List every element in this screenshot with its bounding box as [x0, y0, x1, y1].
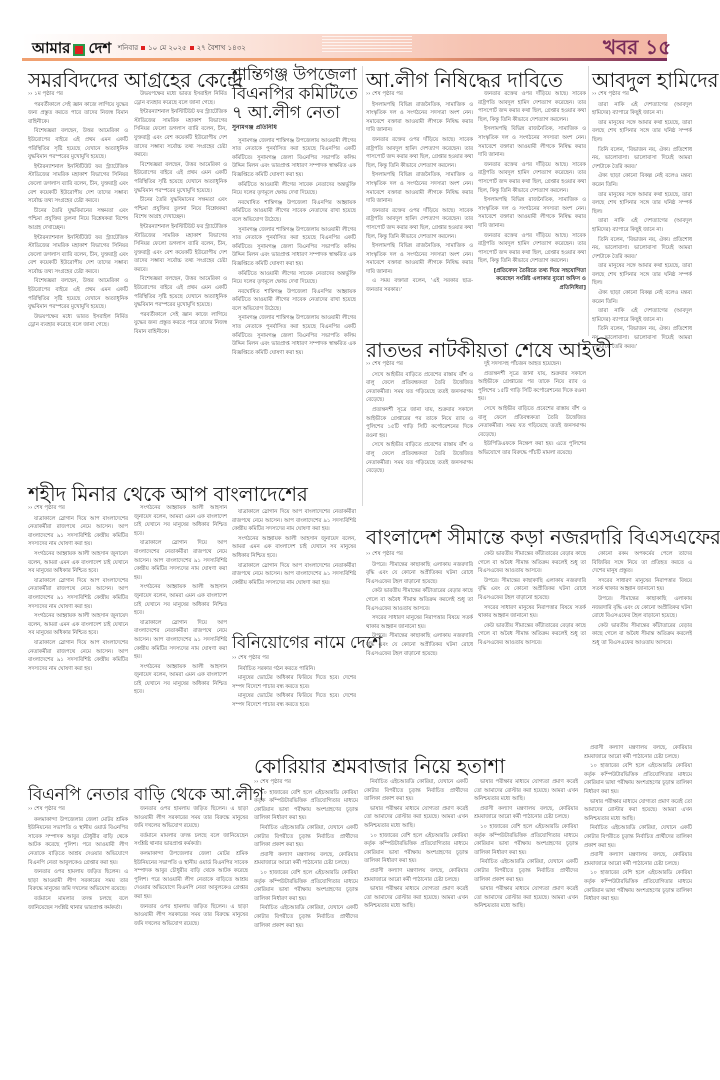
paragraph: নির্বাচিত এইচআরডি কোরিয়া, যেখানে একটি ক… — [254, 824, 358, 850]
paragraph: দুই সদস্যসহ পাঁচজন আহত হয়েছেন। — [478, 360, 586, 369]
headline-shantiganj: শান্তিগঞ্জ উপজেলা বিএনপির কমিটিতে ৭ আ.লী… — [232, 66, 357, 123]
column-divider — [362, 66, 363, 506]
paragraph: তারা নাকি এই দেশত্যাগের (আবদুল হামিদের) … — [592, 101, 692, 118]
paragraph: জনতার রক্তের ওপর দাঁড়িয়ে আছে। সাবেক রা… — [366, 136, 473, 170]
headline-line: বিএনপির কমিটিতে — [232, 85, 357, 104]
paragraph: সুনামগঞ্জ জেলার শান্তিগঞ্জ উপজেলায় আওয়… — [232, 226, 356, 269]
paragraph: নির্বাচিত এইচআরডি কোরিয়া, যেখানে একটি ক… — [474, 858, 578, 884]
jump-line: ›› শেষ পৃষ্ঠার পর — [366, 90, 473, 99]
paper-logo: আমার দেশ — [32, 37, 111, 62]
paragraph: মানুষের ভোটের অধিকার ফিরিয়ে দিতে হবে। দ… — [232, 674, 356, 691]
paragraph: প্রবাসী কল্যাণ মন্ত্রণালয় বলছে, কোরিয়া… — [584, 851, 692, 868]
paragraph: তার মানুষের সঙ্গে আমার কথা হয়েছে, তারা … — [592, 119, 692, 145]
paragraph: ইন্টারন্যাশনাল ইনস্টিটিউট ফর স্ট্র্যাটেজ… — [28, 163, 128, 206]
paragraph: কলমাকান্দা উপজেলার জেলা মোটর শ্রমিক ইউনি… — [28, 816, 128, 868]
paragraph: সদরের সাধারণ মানুষের নিরাপত্তার বিষয়ে স… — [592, 577, 692, 594]
article-bnp-house-col2: জনতার ওপর হামলায় জড়িত ছিলেন। এ ছাড়া আ… — [134, 805, 248, 1040]
paragraph: ভাষার পরীক্ষার মাধ্যমে যোগ্যতা প্রমাণ কর… — [474, 885, 578, 911]
paragraph: ভাষার পরীক্ষার মাধ্যমে যোগ্যতা প্রমাণ কর… — [364, 885, 468, 911]
paragraph: সেখে আইভীর বাড়িতে প্রবেশের রাস্তায় বাঁ… — [366, 371, 473, 405]
paragraph: যাত্রাকালে স্লোগান দিয়ে আপ বাংলাদেশের ন… — [28, 577, 128, 611]
paragraph: সংগঠনের আহ্বায়ক আলী আহসান জুনায়েদ বলেন… — [28, 550, 128, 576]
paragraph: কোনো রকম অপকর্মের পেলে তাদের বিজিবির সঙ্… — [592, 550, 692, 576]
article-alig-ban-col2: জনতার রক্তের ওপর দাঁড়িয়ে আছে। সাবেক রা… — [478, 90, 586, 330]
dateline: শনিবার ১০ মে ২০২৫ ২৭ বৈশাখ ১৪৩২ — [118, 42, 246, 54]
paragraph: তারা নাকি এই দেশত্যাগের (আবদুল হামিদের) … — [592, 217, 692, 234]
paragraph: সেখে আইভীর বাড়িতে প্রবেশের রাস্তায় বাঁ… — [478, 405, 586, 439]
paragraph: সদরের সাধারণ মানুষের নিরাপত্তার বিষয়ে স… — [366, 614, 473, 631]
paragraph: প্রবাসী কল্যাণ মন্ত্রণালয় বলছে, কোরিয়া… — [474, 805, 578, 822]
article-bsf-col2: কেউ ভারতীয় সীমান্তের কাঁটাতারের বেড়ার … — [478, 550, 586, 740]
dateline-date: ১০ মে ২০২৫ — [148, 42, 186, 54]
article-samarbid-col1: ›› ১ম পৃষ্ঠার পর পরবর্তীকালে সেই জ্ঞান ক… — [28, 90, 128, 450]
paragraph: সংগঠনের আহ্বায়ক আলী আহসান জুনায়েদ বলেন… — [232, 535, 356, 561]
paragraph: পরবর্তীকালে সেই জ্ঞান কাজে লাগিয়ে যুদ্ধ… — [134, 311, 227, 337]
jump-line: ›› শেষ পৃষ্ঠার পর — [366, 360, 473, 369]
paper-name-left: আমার — [32, 37, 70, 62]
paragraph: জনতার ওপর হামলায় জড়িত ছিলেন। এ ছাড়া আ… — [28, 868, 128, 894]
article-binioger: ›› শেষ পৃষ্ঠার পর নির্বাচিত সরকার গঠন কর… — [232, 654, 356, 739]
paragraph: উপরে। সীমান্তের কাছাকাছি এলাকায় নজরদারি… — [592, 595, 692, 621]
paragraph: উভয়পক্ষের মধ্যে ভারত ইসরাইল নির্মিত ড্র… — [134, 90, 227, 107]
article-korea-col1: ›› শেষ পৃষ্ঠার পর ১০ হাজারের বেশি হলে এই… — [254, 778, 358, 1040]
paragraph: বিশেষজ্ঞরা বলছেন, উত্তর আমেরিকা ও ইউরোপে… — [134, 275, 227, 309]
paragraph: জনতার রক্তের ওপর দাঁড়িয়ে আছে। সাবেক রা… — [478, 90, 586, 124]
paragraph: ঐক্য ছাড়া কোনো বিকল্প নেই বলেও মন্তব্য … — [592, 172, 692, 189]
paragraph: যাত্রাকালে স্লোগান দিয়ে আপ বাংলাদেশের ন… — [28, 639, 128, 673]
paragraph: যাত্রাকালে স্লোগান দিয়ে আপ বাংলাদেশের ন… — [232, 508, 356, 534]
paragraph: ১০ হাজারের বেশি হলে এইচআরডি কোরিয়া কর্ত… — [254, 869, 358, 903]
byline: সুনামগঞ্জ প্রতিনিধি — [232, 124, 356, 133]
column-divider — [588, 66, 589, 336]
paragraph: জনতার রক্তের ওপর দাঁড়িয়ে আছে। সাবেক রা… — [478, 232, 586, 266]
paragraph: সংগঠনের আহ্বায়ক আলী আহসান জুনায়েদ বলেন… — [28, 612, 128, 638]
article-shantiganj: সুনামগঞ্জ প্রতিনিধি সুনামগঞ্জ জেলার শান্… — [232, 124, 356, 504]
paragraph: কেউ ভারতীয় সীমান্তের কাঁটাতারের বেড়ার … — [478, 622, 586, 648]
paragraph: সুনামগঞ্জ জেলার শান্তিগঞ্জ উপজেলায় আওয়… — [232, 314, 356, 357]
paragraph: তিনি বলেন, ‘বিভাজন নয়, ঐক্য। প্রতিশোধ ন… — [592, 146, 692, 172]
article-korea-col3: ভাষার পরীক্ষার মাধ্যমে যোগ্যতা প্রমাণ কর… — [474, 778, 578, 1040]
separator-square-icon — [190, 46, 194, 50]
paragraph: ইসলামপন্থি বিভিন্ন রাজনৈতিক, সামাজিক ও স… — [478, 125, 586, 159]
paragraph: বর্তমানে মামলার তদন্ত চলছে বলে জানিয়েছে… — [28, 895, 128, 912]
paragraph: নির্বাচিত এইচআরডি কোরিয়া, যেখানে একটি ক… — [584, 824, 692, 850]
paragraph: ১০ হাজারের বেশি হলে এইচআরডি কোরিয়া কর্ত… — [474, 823, 578, 857]
article-korea-col4: প্রবাসী কল্যাণ মন্ত্রণালয় বলছে, কোরিয়া… — [584, 744, 692, 1040]
paragraph: উপরে। সীমান্তের কাছাকাছি এলাকায় নজরদারি… — [366, 632, 473, 658]
paragraph: ১০ হাজারের বেশি হলে এইচআরডি কোরিয়া কর্ত… — [254, 789, 358, 823]
paragraph: জনতার রক্তের ওপর দাঁড়িয়ে আছে। সাবেক রা… — [478, 161, 586, 195]
paragraph: যাত্রাকালে স্লোগান দিয়ে আপ বাংলাদেশের ন… — [232, 562, 356, 588]
dateline-day: শনিবার — [118, 42, 138, 54]
paragraph: কমিটিতে আওয়ামী লীগের সাবেক নেতাদের অন্ত… — [232, 181, 356, 198]
paragraph: ইসলামপন্থি বিভিন্ন রাজনৈতিক, সামাজিক ও স… — [366, 171, 473, 205]
headline-line: ৭ আ.লীগ নেতা — [232, 104, 357, 123]
jump-line: ›› শেষ পৃষ্ঠার পর — [366, 550, 473, 559]
paragraph: জনতার ওপর হামলায় জড়িত ছিলেন। এ ছাড়া আ… — [134, 903, 248, 929]
section-label: খবর ১৫ — [603, 33, 671, 66]
jump-line: ›› ১ম পৃষ্ঠার পর — [28, 90, 128, 99]
paragraph: ইউপিডিএফকে নিক্ষেপ করা হয়। এতে পুলিশের … — [478, 440, 586, 457]
paragraph: ইসলামপন্থি বিভিন্ন রাজনৈতিক, সামাজিক ও স… — [366, 101, 473, 135]
paragraph: নবঘোষিত শান্তিগঞ্জ উপজেলা বিএনপির আহ্বায… — [232, 288, 356, 314]
paragraph: বিশেষজ্ঞরা বলছেন, উত্তর আমেরিকা ও ইউরোপে… — [28, 277, 128, 311]
paragraph: জনতার রক্তের ওপর দাঁড়িয়ে আছে। সাবেক রা… — [366, 207, 473, 241]
paragraph: সদরের সাধারণ মানুষের নিরাপত্তার বিষয়ে স… — [478, 604, 586, 621]
paper-name-right: দেশ — [88, 37, 111, 62]
paragraph: ঐক্য ছাড়া কোনো বিকল্প নেই বলেও মন্তব্য … — [592, 289, 692, 306]
paragraph: উপরে। সীমান্তের কাছাকাছি এলাকায় নজরদারি… — [478, 577, 586, 603]
article-credit: [প্রতিবেদন তৈরিতে তথ্য দিয়ে সহযোগিতা কর… — [478, 267, 586, 293]
article-korea-col2: নির্বাচিত এইচআরডি কোরিয়া, যেখানে একটি ক… — [364, 778, 468, 1040]
article-shahid-minar-col3: যাত্রাকালে স্লোগান দিয়ে আপ বাংলাদেশের ন… — [232, 508, 356, 626]
jump-line: ›› শেষ পৃষ্ঠার পর — [28, 805, 128, 814]
paragraph: সংগঠনের আহ্বায়ক আলী আহসান জুনায়েদ বলেন… — [134, 583, 227, 617]
jump-line: ›› শেষ পৃষ্ঠার পর — [28, 504, 128, 513]
masthead-rule — [22, 58, 667, 61]
jump-line: ›› শেষ পৃষ্ঠার পর — [592, 90, 692, 99]
paragraph: উপরে। সীমান্তের কাছাকাছি এলাকায় নজরদারি… — [366, 561, 473, 587]
article-abdul-hamid: ›› শেষ পৃষ্ঠার পর তারা নাকি এই দেশত্যাগে… — [592, 90, 692, 540]
article-ivy-col1: ›› শেষ পৃষ্ঠার পর সেখে আইভীর বাড়িতে প্র… — [366, 360, 473, 510]
paragraph: কেউ ভারতীয় সীমান্তের কাঁটাতারের বেড়ার … — [592, 622, 692, 648]
paragraph: ১০ হাজারের বেশি হলে এইচআরডি কোরিয়া কর্ত… — [584, 762, 692, 796]
paragraph: বিশেষজ্ঞরা বলছেন, উত্তর আমেরিকা ও ইউরোপে… — [134, 161, 227, 195]
paragraph: চীনের তৈরি যুদ্ধবিমানের সক্ষমতা এবং পশ্চ… — [28, 207, 128, 233]
paragraph: কলমাকান্দা উপজেলার জেলা মোটর শ্রমিক ইউনি… — [134, 850, 248, 902]
paragraph: ইসলামপন্থি বিভিন্ন রাজনৈতিক, সামাজিক ও স… — [366, 242, 473, 276]
jump-line: ›› শেষ পৃষ্ঠার পর — [232, 654, 356, 663]
paragraph: ভাষার পরীক্ষার মাধ্যমে যোগ্যতা প্রমাণ কর… — [364, 805, 468, 831]
paragraph: যাত্রাকালে স্লোগান দিয়ে আপ বাংলাদেশের ন… — [28, 515, 128, 549]
paragraph: ১০ হাজারের বেশি হলে এইচআরডি কোরিয়া কর্ত… — [364, 832, 468, 866]
paragraph: ইন্টারন্যাশনাল ইনস্টিটিউট ফর স্ট্র্যাটেজ… — [134, 223, 227, 275]
paragraph: তার মানুষের সঙ্গে আমার কথা হয়েছে, তারা … — [592, 191, 692, 217]
paragraph: সুনামগঞ্জ জেলার শান্তিগঞ্জ উপজেলায় আওয়… — [232, 137, 356, 180]
separator-square-icon — [141, 46, 145, 50]
paragraph: কেউ ভারতীয় সীমান্তের কাঁটাতারের বেড়ার … — [366, 587, 473, 613]
paragraph: সংগঠনের আহ্বায়ক আলী আহসান জুনায়েদ বলেন… — [134, 504, 227, 538]
paragraph: প্রত্যক্ষদর্শী সূত্রে জানা যায়, শুক্রবা… — [366, 406, 473, 440]
paragraph: নির্বাচিত এইচআরডি কোরিয়া, যেখানে একটি ক… — [254, 904, 358, 930]
paragraph: ইন্টারন্যাশনাল ইনস্টিটিউট ফর স্ট্র্যাটেজ… — [28, 234, 128, 277]
article-bsf-col1: ›› শেষ পৃষ্ঠার পর উপরে। সীমান্তের কাছাকা… — [366, 550, 473, 740]
logo-flag-icon — [73, 44, 85, 56]
article-ivy-col2: দুই সদস্যসহ পাঁচজন আহত হয়েছেন। প্রত্যক্… — [478, 360, 586, 510]
paragraph: প্রত্যক্ষদর্শী সূত্রে জানা যায়, শুক্রবা… — [478, 370, 586, 404]
paragraph: সেখে আইভীর বাড়িতে প্রবেশের রাস্তায় বাঁ… — [366, 441, 473, 475]
article-bnp-house-col1: ›› শেষ পৃষ্ঠার পর কলমাকান্দা উপজেলার জেল… — [28, 805, 128, 1040]
paragraph: কমিটিতে আওয়ামী লীগের সাবেক নেতাদের অন্ত… — [232, 270, 356, 287]
paragraph: বিশেষজ্ঞরা বলছেন, উত্তর আমেরিকা ও ইউরোপে… — [28, 127, 128, 161]
paragraph: নির্বাচিত এইচআরডি কোরিয়া, যেখানে একটি ক… — [364, 778, 468, 804]
page-number: ১৫ — [645, 35, 671, 59]
paragraph: ভাষার পরীক্ষার মাধ্যমে যোগ্যতা প্রমাণ কর… — [584, 798, 692, 824]
dateline-bangla-date: ২৭ বৈশাখ ১৪৩২ — [197, 42, 246, 54]
paragraph: ইন্টারন্যাশনাল ইনস্টিটিউট ফর স্ট্র্যাটেজ… — [134, 108, 227, 160]
paragraph: তিনি বলেন, ‘বিভাজন নয়, ঐক্য। প্রতিশোধ ন… — [592, 236, 692, 262]
paragraph: তার মানুষের সঙ্গে আমার কথা হয়েছে, তারা … — [592, 262, 692, 288]
paragraph: পরবর্তীকালে সেই জ্ঞান কাজে লাগিয়ে যুদ্ধ… — [28, 101, 128, 127]
paragraph: মানুষের ভোটের অধিকার ফিরিয়ে দিতে হবে। দ… — [232, 692, 356, 709]
paragraph: এ সময় বক্তারা বলেন, ‘এই সরকার ছাত্র-জনত… — [366, 277, 473, 294]
paragraph: বর্তমানে মামলার তদন্ত চলছে বলে জানিয়েছে… — [134, 832, 248, 849]
jump-line: ›› শেষ পৃষ্ঠার পর — [254, 778, 358, 787]
paragraph: যাত্রাকালে স্লোগান দিয়ে আপ বাংলাদেশের ন… — [134, 619, 227, 662]
article-alig-ban-col1: ›› শেষ পৃষ্ঠার পর ইসলামপন্থি বিভিন্ন রাজ… — [366, 90, 473, 330]
paragraph: যাত্রাকালে স্লোগান দিয়ে আপ বাংলাদেশের ন… — [134, 539, 227, 582]
article-shahid-minar-col1: ›› শেষ পৃষ্ঠার পর যাত্রাকালে স্লোগান দিয… — [28, 504, 128, 774]
paragraph: উভয়পক্ষের মধ্যে ভারত ইসরাইল নির্মিত ড্র… — [28, 313, 128, 330]
paragraph: সংগঠনের আহ্বায়ক আলী আহসান জুনায়েদ বলেন… — [134, 663, 227, 697]
paragraph: নির্বাচিত সরকার গঠন করতে পারিনি। — [232, 665, 356, 674]
paragraph: ইসলামপন্থি বিভিন্ন রাজনৈতিক, সামাজিক ও স… — [478, 196, 586, 230]
headline-line: শান্তিগঞ্জ উপজেলা — [232, 66, 357, 85]
paragraph: কেউ ভারতীয় সীমান্তের কাঁটাতারের বেড়ার … — [478, 550, 586, 576]
paragraph: নবঘোষিত শান্তিগঞ্জ উপজেলা বিএনপির আহ্বায… — [232, 199, 356, 225]
paragraph: প্রবাসী কল্যাণ মন্ত্রণালয় বলছে, কোরিয়া… — [254, 851, 358, 868]
article-bsf-col3: কোনো রকম অপকর্মের পেলে তাদের বিজিবির সঙ্… — [592, 550, 692, 740]
section-name: খবর — [603, 35, 638, 59]
paragraph: ১০ হাজারের বেশি হলে এইচআরডি কোরিয়া কর্ত… — [584, 869, 692, 903]
paragraph: চীনের তৈরি যুদ্ধবিমানের সক্ষমতা এবং পশ্চ… — [134, 196, 227, 222]
paragraph: তারা নাকি এই দেশত্যাগের (আবদুল হামিদের) … — [592, 307, 692, 324]
article-samarbid-col2: উভয়পক্ষের মধ্যে ভারত ইসরাইল নির্মিত ড্র… — [134, 90, 227, 450]
paragraph: জনতার ওপর হামলায় জড়িত ছিলেন। এ ছাড়া আ… — [134, 805, 248, 831]
paragraph: প্রবাসী কল্যাণ মন্ত্রণালয় বলছে, কোরিয়া… — [364, 867, 468, 884]
paragraph: ভাষার পরীক্ষার মাধ্যমে যোগ্যতা প্রমাণ কর… — [474, 778, 578, 804]
masthead-stripes — [322, 36, 412, 54]
article-shahid-minar-col2: সংগঠনের আহ্বায়ক আলী আহসান জুনায়েদ বলেন… — [134, 504, 227, 774]
paragraph: প্রবাসী কল্যাণ মন্ত্রণালয় বলছে, কোরিয়া… — [584, 744, 692, 761]
